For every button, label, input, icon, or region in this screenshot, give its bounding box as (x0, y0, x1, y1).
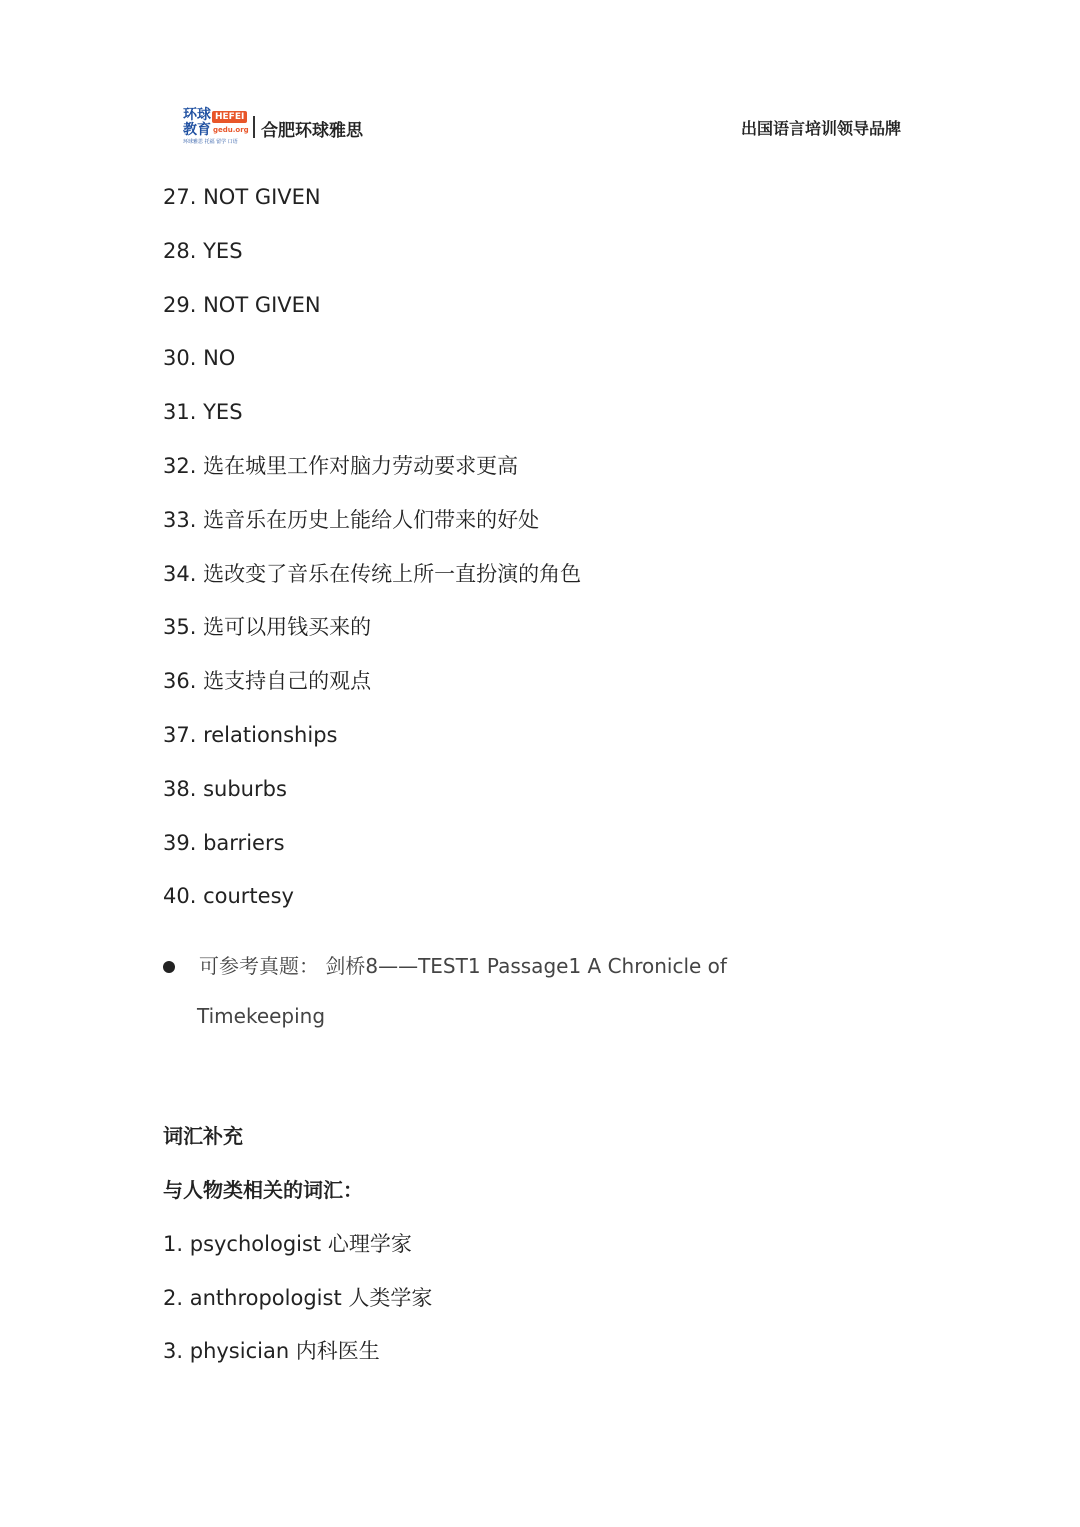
answer-item: 27. NOT GIVEN (163, 180, 923, 234)
logo-url: gedu.org (213, 126, 249, 134)
answer-item: 28. YES (163, 234, 923, 288)
brand-slogan: 出国语言培训领导品牌 (741, 116, 901, 139)
logo-divider (253, 116, 255, 138)
answer-item: 38. suburbs (163, 772, 923, 826)
logo-text: 环球教育 (183, 108, 211, 138)
reference-line-2: Timekeeping (197, 991, 923, 1041)
brand-name: 合肥环球雅思 (261, 116, 363, 141)
reference-note: 可参考真题： 剑桥8——TEST1 Passage1 A Chronicle o… (163, 941, 923, 1041)
answer-item: 37. relationships (163, 718, 923, 772)
vocab-list: 1. psychologist 心理学家 2. anthropologist 人… (163, 1227, 923, 1388)
logo-subtitle: 环球雅思 托福 留学 口语 (183, 138, 238, 145)
logo-badge: HEFEI (212, 111, 247, 123)
document-body: 27. NOT GIVEN 28. YES 29. NOT GIVEN 30. … (163, 180, 923, 1388)
gedu-logo: 环球教育 HEFEI gedu.org 环球雅思 托福 留学 口语 (181, 108, 251, 148)
answer-item: 33. 选音乐在历史上能给人们带来的好处 (163, 503, 923, 557)
section-subtitle: 与人物类相关的词汇： (163, 1173, 923, 1227)
answer-item: 30. NO (163, 341, 923, 395)
answer-item: 32. 选在城里工作对脑力劳动要求更高 (163, 449, 923, 503)
answer-item: 31. YES (163, 395, 923, 449)
page-header: 环球教育 HEFEI gedu.org 环球雅思 托福 留学 口语 合肥环球雅思… (181, 106, 901, 150)
answer-list: 27. NOT GIVEN 28. YES 29. NOT GIVEN 30. … (163, 180, 923, 933)
answer-item: 35. 选可以用钱买来的 (163, 610, 923, 664)
answer-item: 34. 选改变了音乐在传统上所一直扮演的角色 (163, 557, 923, 611)
section-title: 词汇补充 (163, 1119, 923, 1173)
bullet-icon (163, 961, 175, 973)
vocab-item: 3. physician 内科医生 (163, 1334, 923, 1388)
answer-item: 29. NOT GIVEN (163, 288, 923, 342)
vocab-item: 2. anthropologist 人类学家 (163, 1281, 923, 1335)
vocab-item: 1. psychologist 心理学家 (163, 1227, 923, 1281)
reference-line-1: 可参考真题： 剑桥8——TEST1 Passage1 A Chronicle o… (199, 941, 923, 991)
answer-item: 40. courtesy (163, 879, 923, 933)
answer-item: 36. 选支持自己的观点 (163, 664, 923, 718)
answer-item: 39. barriers (163, 826, 923, 880)
